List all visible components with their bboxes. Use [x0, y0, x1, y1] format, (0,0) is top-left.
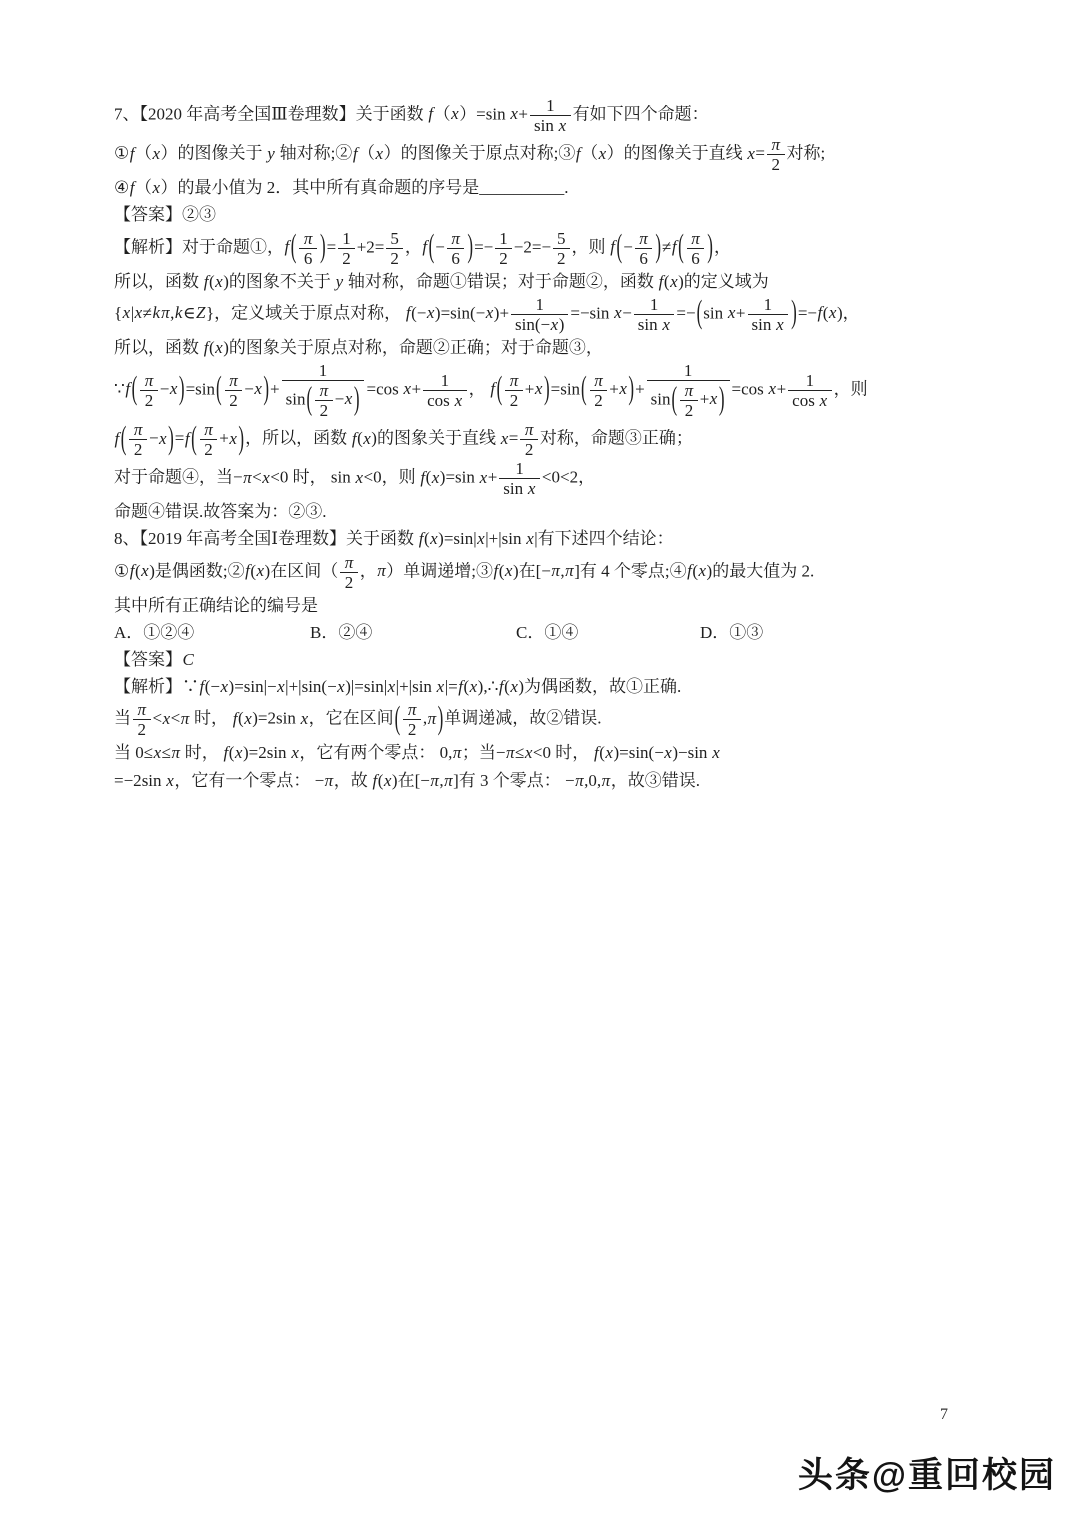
problem7-statements: ①f（x）的图像关于 y 轴对称;②f（x）的图像关于原点对称;③f（x）的图像…: [114, 135, 980, 174]
problem8-options: A．①②④ B．②④ C．①④ D．①③: [114, 619, 980, 646]
option-c: C．①④: [516, 619, 700, 646]
problem8-prompt: 其中所有正确结论的编号是: [114, 592, 980, 619]
option-a: A．①②④: [114, 619, 310, 646]
document-body: 7、【2020 年高考全国Ⅲ卷理数】关于函数 f（x）=sin x+1sin x…: [0, 0, 1080, 794]
option-d: D．①③: [700, 619, 763, 646]
problem7-solution-step3: {x|x≠kπ,k∈Z}，定义域关于原点对称， f(−x)=sin(−x)+1s…: [114, 295, 980, 334]
problem7-solution-step2: 所以，函数 f(x)的图象不关于 y 轴对称，命题①错误；对于命题②，函数 f(…: [114, 268, 980, 295]
problem8-statements: ①f(x)是偶函数;②f(x)在区间（π2，π）单调递增;③f(x)在[−π,π…: [114, 553, 980, 592]
problem7-solution-step4: 所以，函数 f(x)的图象关于原点对称，命题②正确；对于命题③，: [114, 334, 980, 361]
problem7-solution-step6: f(π2−x)=f(π2+x)，所以，函数 f(x)的图象关于直线 x=π2对称…: [114, 420, 980, 459]
watermark: 头条@重回校园: [798, 1448, 1056, 1498]
problem8-solution-step4: =−2sin x，它有一个零点： −π，故 f(x)在[−π,π]有 3 个零点…: [114, 767, 980, 794]
option-b: B．②④: [310, 619, 516, 646]
problem7-solution-step1: 【解析】对于命题①，f(π6)=12+2=52，f(−π6)=−12−2=−52…: [114, 229, 980, 268]
problem8-solution-step3: 当 0≤x≤π 时， f(x)=2sin x，它有两个零点： 0,π；当−π≤x…: [114, 739, 980, 766]
problem8-solution-step1: 【解析】∵f(−x)=sin|−x|+|sin(−x)|=sin|x|+|sin…: [114, 673, 980, 700]
page: { "p7": { "title": "7、【2020 年高考全国Ⅲ卷理数】关于…: [0, 0, 1080, 1527]
problem7-solution-step8: 命题④错误.故答案为：②③.: [114, 498, 980, 525]
problem7-statement4-blank: ④f（x）的最小值为 2．其中所有真命题的序号是__________.: [114, 174, 980, 201]
problem8-solution-step2: 当π2<x<π 时， f(x)=2sin x，它在区间(π2,π)单调递减，故②…: [114, 700, 980, 739]
problem7-solution-step7: 对于命题④，当−π<x<0 时， sin x<0，则 f(x)=sin x+1s…: [114, 459, 980, 498]
page-number: 7: [940, 1406, 948, 1424]
problem7-title: 7、【2020 年高考全国Ⅲ卷理数】关于函数 f（x）=sin x+1sin x…: [114, 96, 980, 135]
problem8-answer: 【答案】C: [114, 646, 980, 673]
problem8-title: 8、【2019 年高考全国Ⅰ卷理数】关于函数 f(x)=sin|x|+|sin …: [114, 525, 980, 552]
problem7-answer: 【答案】②③: [114, 201, 980, 228]
